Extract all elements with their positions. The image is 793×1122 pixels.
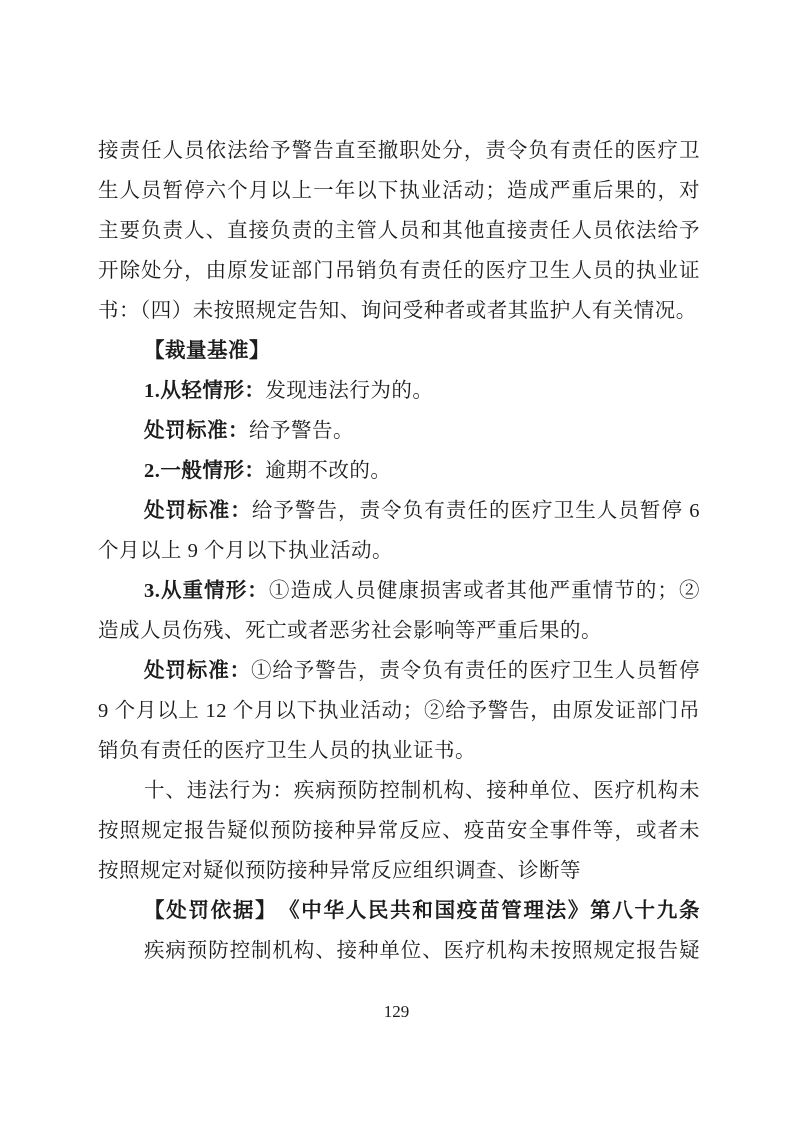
- text-line: 十、违法行为：疾病预防控制机构、接种单位、医疗机构未: [98, 771, 700, 811]
- text-run: 给予警告。: [249, 420, 354, 442]
- bold-run: 处罚标准：: [144, 500, 252, 522]
- text-line: 2.一般情形：逾期不改的。: [98, 451, 700, 491]
- text-line: 处罚标准：给予警告，责令负有责任的医疗卫生人员暂停 6: [98, 491, 700, 531]
- bold-run: 2.一般情形：: [144, 460, 265, 482]
- text-line: 主要负责人、直接负责的主管人员和其他直接责任人员依法给予: [98, 211, 700, 251]
- bold-run: 【处罚依据】 《中华人民共和国疫苗管理法》第八十九条: [144, 900, 700, 922]
- text-line: 处罚标准：给予警告。: [98, 411, 700, 451]
- text-line: 处罚标准：①给予警告，责令负有责任的医疗卫生人员暂停: [98, 651, 700, 691]
- text-line: 个月以上 9 个月以下执业活动。: [98, 531, 700, 571]
- text-run: 逾期不改的。: [265, 460, 391, 482]
- text-run: 个月以上 9 个月以下执业活动。: [98, 540, 393, 562]
- text-line: 书：（四）未按照规定告知、询问受种者或者其监护人有关情况。: [98, 291, 700, 331]
- text-line: 接责任人员依法给予警告直至撤职处分，责令负有责任的医疗卫: [98, 131, 700, 171]
- text-run: 十、违法行为：疾病预防控制机构、接种单位、医疗机构未: [144, 780, 700, 802]
- document-page: 接责任人员依法给予警告直至撤职处分，责令负有责任的医疗卫生人员暂停六个月以上一年…: [0, 0, 793, 1122]
- text-run: 书：（四）未按照规定告知、询问受种者或者其监护人有关情况。: [98, 300, 697, 322]
- text-line: 3.从重情形：①造成人员健康损害或者其他严重情节的；②: [98, 571, 700, 611]
- text-run: 按照规定报告疑似预防接种异常反应、疫苗安全事件等，或者未: [98, 820, 700, 842]
- bold-run: 3.从重情形：: [144, 580, 269, 602]
- text-line: 【处罚依据】 《中华人民共和国疫苗管理法》第八十九条: [98, 891, 700, 931]
- text-line: 疾病预防控制机构、接种单位、医疗机构未按照规定报告疑: [98, 931, 700, 971]
- bold-run: 【裁量基准】: [144, 340, 270, 362]
- text-line: 按照规定报告疑似预防接种异常反应、疫苗安全事件等，或者未: [98, 811, 700, 851]
- text-run: 发现违法行为的。: [265, 380, 433, 402]
- text-run: 给予警告，责令负有责任的医疗卫生人员暂停 6: [252, 500, 700, 522]
- text-run: 主要负责人、直接负责的主管人员和其他直接责任人员依法给予: [98, 220, 700, 242]
- bold-run: 处罚标准：: [144, 420, 249, 442]
- text-run: 接责任人员依法给予警告直至撤职处分，责令负有责任的医疗卫: [98, 140, 700, 162]
- text-line: 销负有责任的医疗卫生人员的执业证书。: [98, 731, 700, 771]
- text-run: 生人员暂停六个月以上一年以下执业活动；造成严重后果的，对: [98, 180, 700, 202]
- text-line: 按照规定对疑似预防接种异常反应组织调查、诊断等: [98, 851, 700, 891]
- text-run: 按照规定对疑似预防接种异常反应组织调查、诊断等: [98, 860, 581, 882]
- text-run: ①造成人员健康损害或者其他严重情节的；②: [269, 580, 700, 602]
- text-line: 开除处分，由原发证部门吊销负有责任的医疗卫生人员的执业证: [98, 251, 700, 291]
- text-line: 造成人员伤残、死亡或者恶劣社会影响等严重后果的。: [98, 611, 700, 651]
- text-run: 9 个月以上 12 个月以下执业活动；②给予警告，由原发证部门吊: [98, 700, 700, 722]
- text-block: 接责任人员依法给予警告直至撤职处分，责令负有责任的医疗卫生人员暂停六个月以上一年…: [98, 131, 700, 971]
- text-run: 造成人员伤残、死亡或者恶劣社会影响等严重后果的。: [98, 620, 602, 642]
- text-run: 销负有责任的医疗卫生人员的执业证书。: [98, 740, 476, 762]
- text-line: 【裁量基准】: [98, 331, 700, 371]
- text-run: 疾病预防控制机构、接种单位、医疗机构未按照规定报告疑: [144, 940, 700, 962]
- bold-run: 1.从轻情形：: [144, 380, 265, 402]
- text-run: 开除处分，由原发证部门吊销负有责任的医疗卫生人员的执业证: [98, 260, 700, 282]
- text-line: 9 个月以上 12 个月以下执业活动；②给予警告，由原发证部门吊: [98, 691, 700, 731]
- page-number: 129: [0, 1001, 793, 1023]
- text-run: ①给予警告，责令负有责任的医疗卫生人员暂停: [251, 660, 700, 682]
- text-line: 1.从轻情形：发现违法行为的。: [98, 371, 700, 411]
- text-line: 生人员暂停六个月以上一年以下执业活动；造成严重后果的，对: [98, 171, 700, 211]
- bold-run: 处罚标准：: [144, 660, 251, 682]
